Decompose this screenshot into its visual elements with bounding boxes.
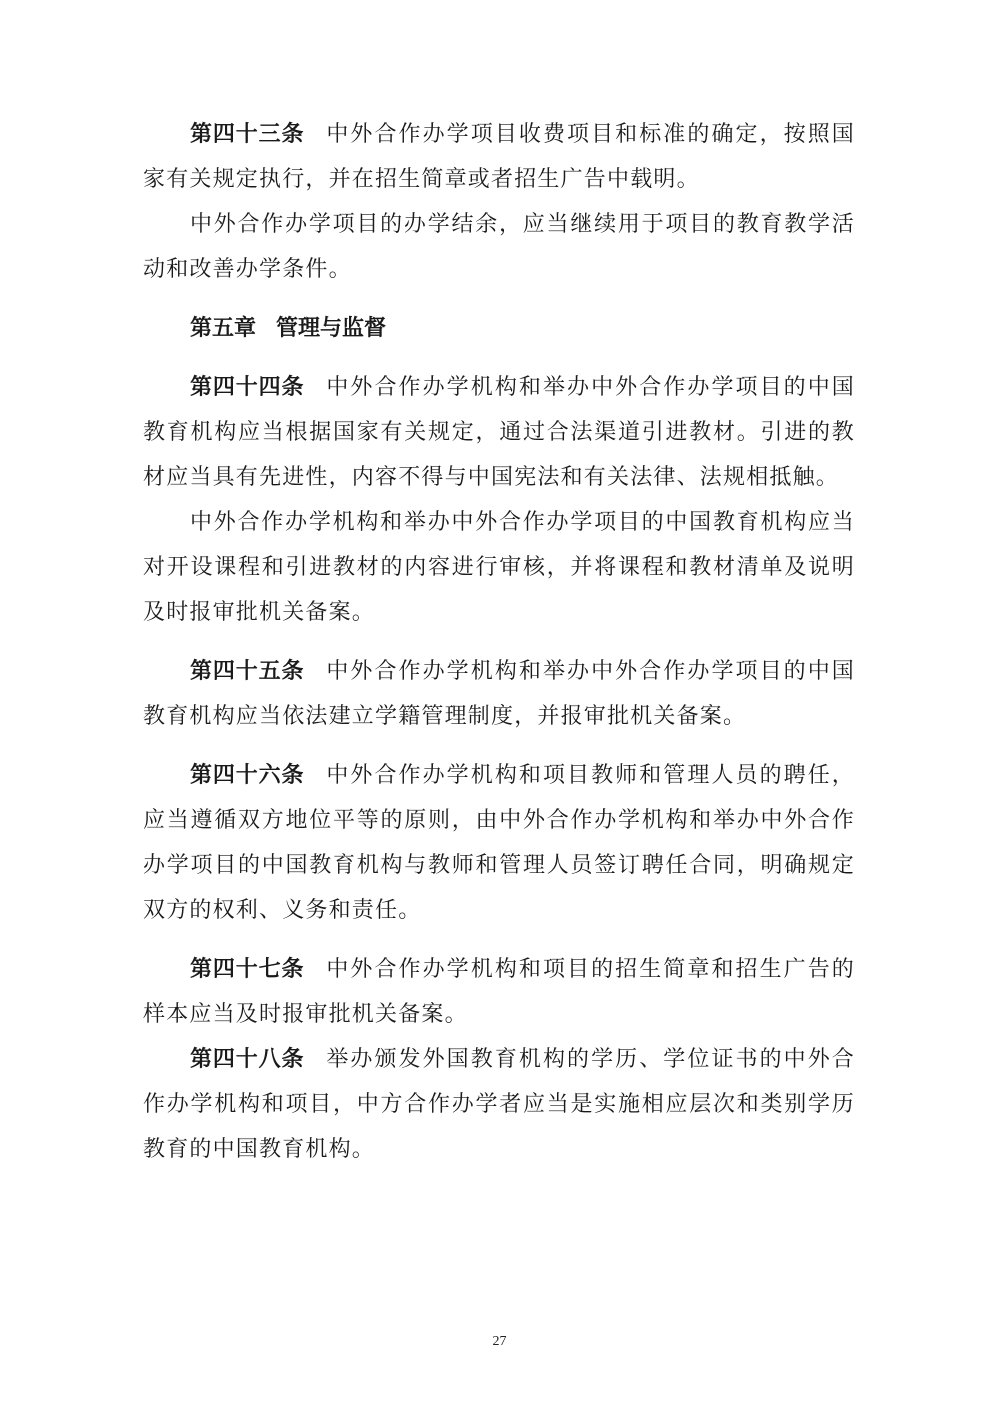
paragraph: 中外合作办学项目的办学结余，应当继续用于项目的教育教学活动和改善办学条件。 [143, 202, 855, 292]
article-label: 第四十六条 [190, 763, 304, 788]
chapter-title: 管理与监督 [276, 316, 386, 341]
article-47: 第四十七条中外合作办学机构和项目的招生简章和招生广告的样本应当及时报审批机关备案… [143, 947, 855, 1037]
paragraph-text: 中外合作办学项目的办学结余，应当继续用于项目的教育教学活动和改善办学条件。 [143, 212, 855, 282]
article-label: 第四十七条 [190, 957, 304, 982]
article-45: 第四十五条中外合作办学机构和举办中外合作办学项目的中国教育机构应当依法建立学籍管… [143, 649, 855, 739]
paragraph-text: 中外合作办学机构和举办中外合作办学项目的中国教育机构应当对开设课程和引进教材的内… [143, 510, 855, 625]
chapter-label: 第五章 [190, 316, 256, 341]
article-label: 第四十五条 [190, 659, 304, 684]
article-label: 第四十四条 [190, 375, 304, 400]
article-43: 第四十三条中外合作办学项目收费项目和标准的确定，按照国家有关规定执行，并在招生简… [143, 112, 855, 202]
article-46: 第四十六条中外合作办学机构和项目教师和管理人员的聘任，应当遵循双方地位平等的原则… [143, 753, 855, 933]
paragraph: 中外合作办学机构和举办中外合作办学项目的中国教育机构应当对开设课程和引进教材的内… [143, 500, 855, 635]
article-44: 第四十四条中外合作办学机构和举办中外合作办学项目的中国教育机构应当根据国家有关规… [143, 365, 855, 500]
article-label: 第四十八条 [190, 1047, 304, 1072]
document-body: 第四十三条中外合作办学项目收费项目和标准的确定，按照国家有关规定执行，并在招生简… [143, 112, 855, 1172]
article-48: 第四十八条举办颁发外国教育机构的学历、学位证书的中外合作办学机构和项目，中方合作… [143, 1037, 855, 1172]
chapter-heading: 第五章管理与监督 [143, 306, 855, 351]
page-number: 27 [0, 1334, 999, 1350]
article-label: 第四十三条 [190, 122, 304, 147]
